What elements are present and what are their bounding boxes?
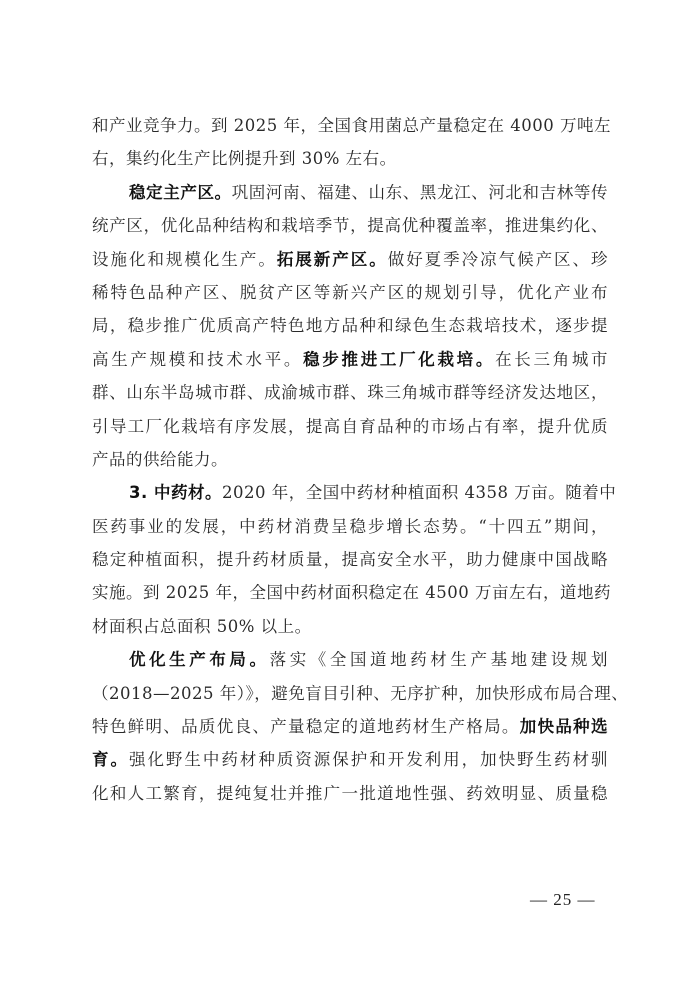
- bold-heading-text: 优化生产布局。: [129, 650, 270, 669]
- text-line: 设施化和规模化生产。拓展新产区。做好夏季冷凉气候产区、珍: [92, 243, 608, 276]
- body-text: 特色鲜明、品质优良、产量稳定的道地药材生产格局。: [92, 717, 520, 736]
- text-line: 稳定种植面积，提升药材质量，提高安全水平，助力健康中国战略: [92, 543, 608, 576]
- text-line: 引导工厂化栽培有序发展，提高自育品种的市场占有率，提升优质: [92, 410, 608, 443]
- body-text: （2018—2025 年）》，避免盲目引种、无序扩种，加快形成布局合理、: [92, 684, 628, 703]
- text-line: 实施。到 2025 年，全国中药材面积稳定在 4500 万亩左右，道地药: [92, 576, 608, 609]
- body-text: 强化野生中药材种质资源保护和开发利用，加快野生药材驯: [129, 750, 608, 769]
- text-line: 育。强化野生中药材种质资源保护和开发利用，加快野生药材驯: [92, 743, 608, 776]
- text-line: 材面积占总面积 50% 以上。: [92, 610, 608, 643]
- bold-heading-text: 育。: [92, 750, 129, 769]
- text-line: 优化生产布局。落实《全国道地药材生产基地建设规划: [92, 643, 608, 676]
- body-text: 化和人工繁育，提纯复壮并推广一批道地性强、药效明显、质量稳: [92, 784, 608, 803]
- body-text: 做好夏季冷凉气候产区、珍: [388, 250, 608, 269]
- text-line: 化和人工繁育，提纯复壮并推广一批道地性强、药效明显、质量稳: [92, 777, 608, 810]
- bold-heading-text: 3. 中药材。: [129, 483, 222, 502]
- body-text: 稀特色品种产区、脱贫产区等新兴产区的规划引导，优化产业布: [92, 283, 608, 302]
- text-line: 右，集约化生产比例提升到 30% 左右。: [92, 142, 608, 175]
- body-text: 和产业竞争力。到 2025 年，全国食用菌总产量稳定在 4000 万吨左: [92, 116, 611, 135]
- text-line: 和产业竞争力。到 2025 年，全国食用菌总产量稳定在 4000 万吨左: [92, 109, 608, 142]
- body-text: 在长三角城市: [495, 350, 608, 369]
- body-text: 设施化和规模化生产。: [92, 250, 277, 269]
- body-text: 稳定种植面积，提升药材质量，提高安全水平，助力健康中国战略: [92, 550, 608, 569]
- text-line: 特色鲜明、品质优良、产量稳定的道地药材生产格局。加快品种选: [92, 710, 608, 743]
- text-line: 医药事业的发展，中药材消费呈稳步增长态势。“十四五”期间，: [92, 510, 608, 543]
- text-line: 稳定主产区。巩固河南、福建、山东、黑龙江、河北和吉林等传: [92, 176, 608, 209]
- bold-heading-text: 稳步推进工厂化栽培。: [303, 350, 495, 369]
- text-line: 高生产规模和技术水平。稳步推进工厂化栽培。在长三角城市: [92, 343, 608, 376]
- bold-heading-text: 拓展新产区。: [277, 250, 388, 269]
- text-line: 产品的供给能力。: [92, 443, 608, 476]
- bold-heading-text: 稳定主产区。: [129, 183, 232, 202]
- page-number: — 25 —: [530, 890, 596, 910]
- body-text: 巩固河南、福建、山东、黑龙江、河北和吉林等传: [232, 183, 608, 202]
- body-text: 材面积占总面积 50% 以上。: [92, 617, 312, 636]
- text-line: 3. 中药材。2020 年，全国中药材种植面积 4358 万亩。随着中: [92, 476, 608, 509]
- bold-heading-text: 加快品种选: [520, 717, 608, 736]
- body-text: 实施。到 2025 年，全国中药材面积稳定在 4500 万亩左右，道地药: [92, 583, 611, 602]
- body-text: 2020 年，全国中药材种植面积 4358 万亩。随着中: [222, 483, 616, 502]
- body-text: 统产区，优化品种结构和栽培季节，提高优种覆盖率，推进集约化、: [92, 216, 608, 235]
- body-text: 高生产规模和技术水平。: [92, 350, 303, 369]
- body-text: 医药事业的发展，中药材消费呈稳步增长态势。“十四五”期间，: [92, 517, 608, 536]
- body-text: 产品的供给能力。: [92, 450, 228, 469]
- body-text: 引导工厂化栽培有序发展，提高自育品种的市场占有率，提升优质: [92, 417, 608, 436]
- body-text: 局，稳步推广优质高产特色地方品种和绿色生态栽培技术，逐步提: [92, 316, 608, 335]
- text-line: 局，稳步推广优质高产特色地方品种和绿色生态栽培技术，逐步提: [92, 309, 608, 342]
- body-text: 落实《全国道地药材生产基地建设规划: [270, 650, 608, 669]
- document-page-body: 和产业竞争力。到 2025 年，全国食用菌总产量稳定在 4000 万吨左右，集约…: [92, 109, 608, 810]
- text-line: 稀特色品种产区、脱贫产区等新兴产区的规划引导，优化产业布: [92, 276, 608, 309]
- body-text: 右，集约化生产比例提升到 30% 左右。: [92, 149, 397, 168]
- text-line: 群、山东半岛城市群、成渝城市群、珠三角城市群等经济发达地区，: [92, 376, 608, 409]
- text-line: （2018—2025 年）》，避免盲目引种、无序扩种，加快形成布局合理、: [92, 677, 608, 710]
- body-text: 群、山东半岛城市群、成渝城市群、珠三角城市群等经济发达地区，: [92, 383, 608, 402]
- text-line: 统产区，优化品种结构和栽培季节，提高优种覆盖率，推进集约化、: [92, 209, 608, 242]
